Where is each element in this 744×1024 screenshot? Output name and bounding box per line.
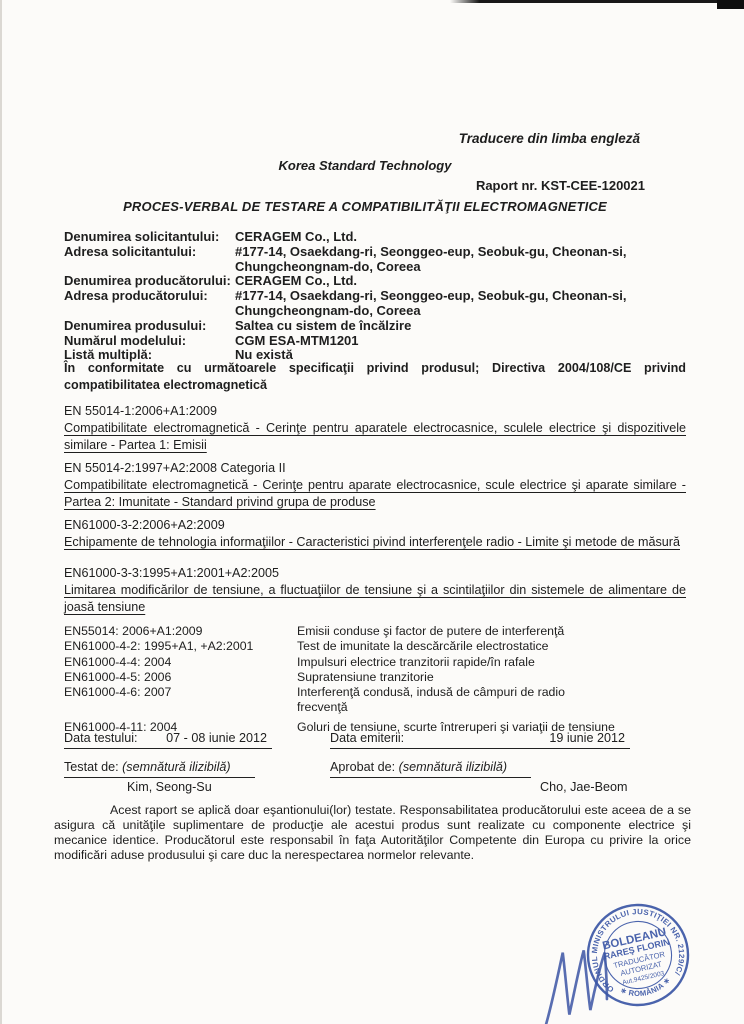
standard-description: Compatibilitate electromagnetică - Cerin… bbox=[64, 477, 686, 512]
test-date: Data testului: 07 - 08 iunie 2012 bbox=[64, 731, 272, 749]
standard-code: EN 55014-1:2006+A1:2009 bbox=[64, 403, 686, 420]
translator-round-stamp: ORDINUL MINISTRULUI JUSTIŢIEI NR. 2129/C… bbox=[564, 881, 713, 1024]
test-description: Impulsuri electrice tranzitorii rapide/î… bbox=[297, 655, 657, 670]
conformity-statement: În conformitate cu următoarele specifica… bbox=[64, 360, 686, 394]
field-value: Saltea cu sistem de încălzire bbox=[235, 319, 659, 334]
approved-by-name: Cho, Jae-Beom bbox=[540, 780, 628, 794]
issue-date-value: 19 iunie 2012 bbox=[549, 731, 630, 745]
test-list: EN55014: 2006+A1:2009 Emisii conduse şi … bbox=[64, 624, 686, 735]
applicant-fields: Denumirea solicitantului: CERAGEM Co., L… bbox=[64, 230, 686, 363]
test-code: EN61000-4-2: 1995+A1, +A2:2001 bbox=[64, 639, 297, 654]
test-description: Interferenţă condusă, indusă de câmpuri … bbox=[297, 685, 657, 716]
tested-signature-note: (semnătură ilizibilă) bbox=[122, 760, 230, 774]
approved-by-label: Aprobat de: bbox=[330, 760, 395, 774]
standard-code: EN 55014-2:1997+A2:2008 Categoria II bbox=[64, 460, 686, 477]
scan-artifact-top-line bbox=[450, 0, 744, 3]
tested-by-name: Kim, Seong-Su bbox=[127, 780, 212, 794]
standard-block: EN61000-3-3:1995+A1:2001+A2:2005 Limitar… bbox=[64, 565, 686, 617]
dates-row: Data testului: 07 - 08 iunie 2012 Data e… bbox=[64, 731, 686, 751]
test-description: Test de imunitate la descărcările electr… bbox=[297, 639, 657, 654]
issue-date: Data emiterii: 19 iunie 2012 bbox=[330, 731, 630, 749]
test-date-label: Data testului: bbox=[64, 731, 138, 745]
field-label: Numărul modelului: bbox=[64, 334, 235, 349]
approved-by: Aprobat de: (semnătură ilizibilă) bbox=[330, 760, 531, 778]
standard-code: EN61000-3-2:2006+A2:2009 bbox=[64, 517, 686, 534]
company-name: Korea Standard Technology bbox=[0, 158, 730, 173]
standard-description: Echipamente de tehnologia informaţiilor … bbox=[64, 534, 686, 551]
issue-date-label: Data emiterii: bbox=[330, 731, 404, 745]
test-row: EN61000-4-5: 2006 Supratensiune tranzito… bbox=[64, 670, 686, 685]
footer-disclaimer: Acest raport se aplică doar eşantionului… bbox=[54, 803, 691, 863]
scan-artifact-corner bbox=[717, 0, 744, 9]
translation-note: Traducere din limba engleză bbox=[459, 131, 640, 146]
test-date-value: 07 - 08 iunie 2012 bbox=[166, 731, 272, 745]
approved-signature-note: (semnătură ilizibilă) bbox=[399, 760, 507, 774]
field-label: Denumirea solicitantului: bbox=[64, 230, 235, 245]
standard-block: EN 55014-1:2006+A1:2009 Compatibilitate … bbox=[64, 403, 686, 455]
scanned-document-page: Traducere din limba engleză Korea Standa… bbox=[0, 0, 744, 1024]
standard-description: Limitarea modificărilor de tensiune, a f… bbox=[64, 582, 686, 617]
field-value: #177-14, Osaekdang-ri, Seonggeo-eup, Seo… bbox=[235, 289, 659, 319]
field-value: #177-14, Osaekdang-ri, Seonggeo-eup, Seo… bbox=[235, 245, 659, 275]
test-row: EN61000-4-6: 2007 Interferenţă condusă, … bbox=[64, 685, 686, 716]
field-label: Denumirea producătorului: bbox=[64, 274, 235, 289]
field-value: CERAGEM Co., Ltd. bbox=[235, 274, 659, 289]
field-label: Adresa solicitantului: bbox=[64, 245, 235, 275]
standard-description: Compatibilitate electromagnetică - Cerin… bbox=[64, 420, 686, 455]
field-value: CGM ESA-MTM1201 bbox=[235, 334, 659, 349]
field-label: Denumirea produsului: bbox=[64, 319, 235, 334]
standard-block: EN 55014-2:1997+A2:2008 Categoria II Com… bbox=[64, 460, 686, 512]
test-description: Supratensiune tranzitorie bbox=[297, 670, 657, 685]
test-row: EN61000-4-2: 1995+A1, +A2:2001 Test de i… bbox=[64, 639, 686, 654]
test-code: EN61000-4-5: 2006 bbox=[64, 670, 297, 685]
test-row: EN55014: 2006+A1:2009 Emisii conduse şi … bbox=[64, 624, 686, 639]
field-value: CERAGEM Co., Ltd. bbox=[235, 230, 659, 245]
tested-by: Testat de: (semnătură ilizibilă) bbox=[64, 760, 255, 778]
field-label: Adresa producătorului: bbox=[64, 289, 235, 319]
test-code: EN61000-4-4: 2004 bbox=[64, 655, 297, 670]
tested-by-label: Testat de: bbox=[64, 760, 119, 774]
test-code: EN61000-4-6: 2007 bbox=[64, 685, 297, 716]
page-left-edge bbox=[0, 0, 2, 1024]
standard-code: EN61000-3-3:1995+A1:2001+A2:2005 bbox=[64, 565, 686, 582]
report-number: Raport nr. KST-CEE-120021 bbox=[476, 178, 645, 193]
standard-block: EN61000-3-2:2006+A2:2009 Echipamente de … bbox=[64, 517, 686, 551]
test-row: EN61000-4-4: 2004 Impulsuri electrice tr… bbox=[64, 655, 686, 670]
test-code: EN55014: 2006+A1:2009 bbox=[64, 624, 297, 639]
test-description: Emisii conduse şi factor de putere de in… bbox=[297, 624, 657, 639]
document-title: PROCES-VERBAL DE TESTARE A COMPATIBILITĂ… bbox=[0, 199, 730, 214]
